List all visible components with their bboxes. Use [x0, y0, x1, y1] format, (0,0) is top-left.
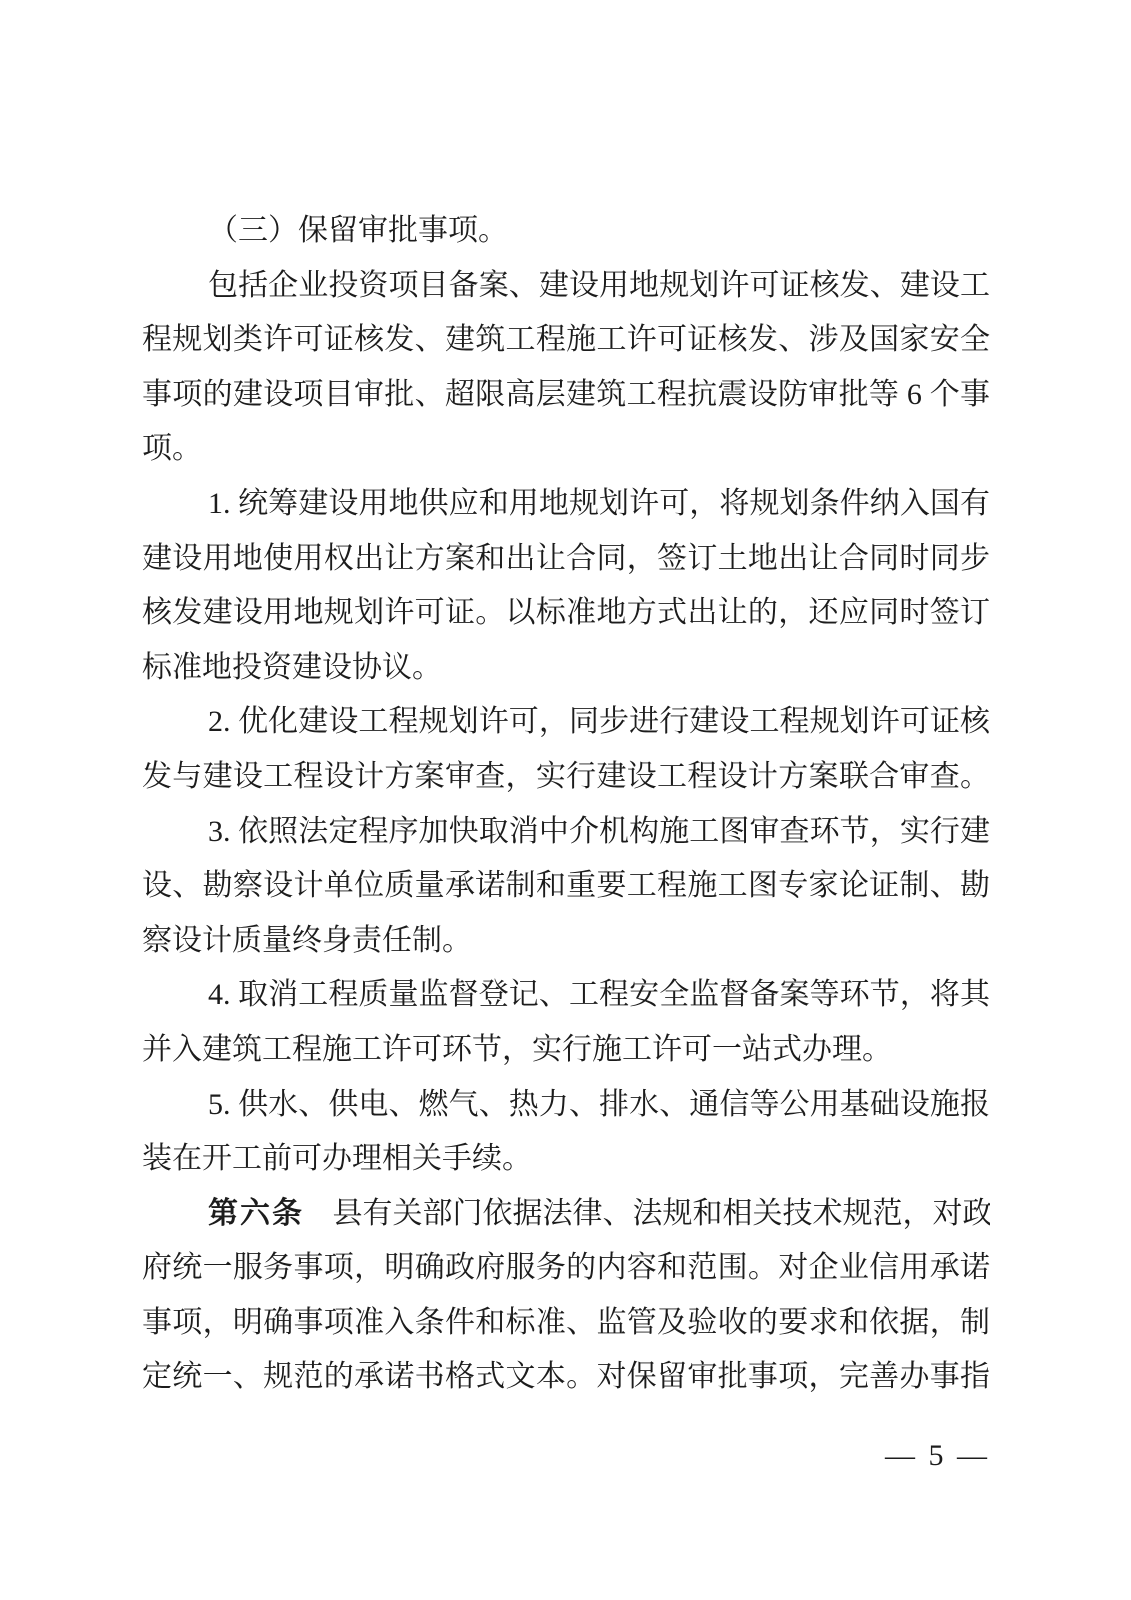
text-line: 设、勘察设计单位质量承诺制和重要工程施工图专家论证制、勘	[142, 859, 990, 914]
text-line: 察设计质量终身责任制。	[142, 914, 990, 969]
text-line: 第六条县有关部门依据法律、法规和相关技术规范，对政	[142, 1187, 990, 1242]
text-line: 项。	[142, 422, 990, 477]
page-number: — 5 —	[885, 1439, 990, 1472]
text-line: 标准地投资建设协议。	[142, 641, 990, 696]
text-line: 发与建设工程设计方案审查，实行建设工程设计方案联合审查。	[142, 750, 990, 805]
text-line: （三）保留审批事项。	[142, 204, 990, 259]
text-line: 程规划类许可证核发、建筑工程施工许可证核发、涉及国家安全	[142, 313, 990, 368]
article-6: 第六条县有关部门依据法律、法规和相关技术规范，对政府统一服务事项，明确政府服务的…	[142, 1187, 990, 1405]
item-3: 3. 依照法定程序加快取消中介机构施工图审查环节，实行建设、勘察设计单位质量承诺…	[142, 805, 990, 969]
text-line: 5. 供水、供电、燃气、热力、排水、通信等公用基础设施报	[142, 1078, 990, 1133]
text-line: 核发建设用地规划许可证。以标准地方式出让的，还应同时签订	[142, 586, 990, 641]
document-body: （三）保留审批事项。包括企业投资项目备案、建设用地规划许可证核发、建设工程规划类…	[142, 204, 990, 1405]
text-line: 2. 优化建设工程规划许可，同步进行建设工程规划许可证核	[142, 695, 990, 750]
text-line: 并入建筑工程施工许可环节，实行施工许可一站式办理。	[142, 1023, 990, 1078]
document-page: （三）保留审批事项。包括企业投资项目备案、建设用地规划许可证核发、建设工程规划类…	[0, 0, 1131, 1600]
item-1: 1. 统筹建设用地供应和用地规划许可，将规划条件纳入国有建设用地使用权出让方案和…	[142, 477, 990, 695]
text-line: 事项的建设项目审批、超限高层建筑工程抗震设防审批等 6 个事	[142, 368, 990, 423]
text-line: 府统一服务事项，明确政府服务的内容和范围。对企业信用承诺	[142, 1241, 990, 1296]
text-line: 1. 统筹建设用地供应和用地规划许可，将规划条件纳入国有	[142, 477, 990, 532]
section-heading-3: （三）保留审批事项。	[142, 204, 990, 259]
page-footer: — 5 —	[885, 1436, 990, 1476]
text-line: 建设用地使用权出让方案和出让合同，签订土地出让合同时同步	[142, 532, 990, 587]
item-4: 4. 取消工程质量监督登记、工程安全监督备案等环节，将其并入建筑工程施工许可环节…	[142, 968, 990, 1077]
item-2: 2. 优化建设工程规划许可，同步进行建设工程规划许可证核发与建设工程设计方案审查…	[142, 695, 990, 804]
text-line: 3. 依照法定程序加快取消中介机构施工图审查环节，实行建	[142, 805, 990, 860]
article-number-bold: 第六条	[208, 1197, 304, 1230]
text-line: 包括企业投资项目备案、建设用地规划许可证核发、建设工	[142, 259, 990, 314]
item-5: 5. 供水、供电、燃气、热力、排水、通信等公用基础设施报装在开工前可办理相关手续…	[142, 1078, 990, 1187]
text-line: 事项，明确事项准入条件和标准、监管及验收的要求和依据，制	[142, 1296, 990, 1351]
para-retained-items-scope: 包括企业投资项目备案、建设用地规划许可证核发、建设工程规划类许可证核发、建筑工程…	[142, 259, 990, 477]
text-line: 定统一、规范的承诺书格式文本。对保留审批事项，完善办事指	[142, 1350, 990, 1405]
text-line: 4. 取消工程质量监督登记、工程安全监督备案等环节，将其	[142, 968, 990, 1023]
text-line: 装在开工前可办理相关手续。	[142, 1132, 990, 1187]
